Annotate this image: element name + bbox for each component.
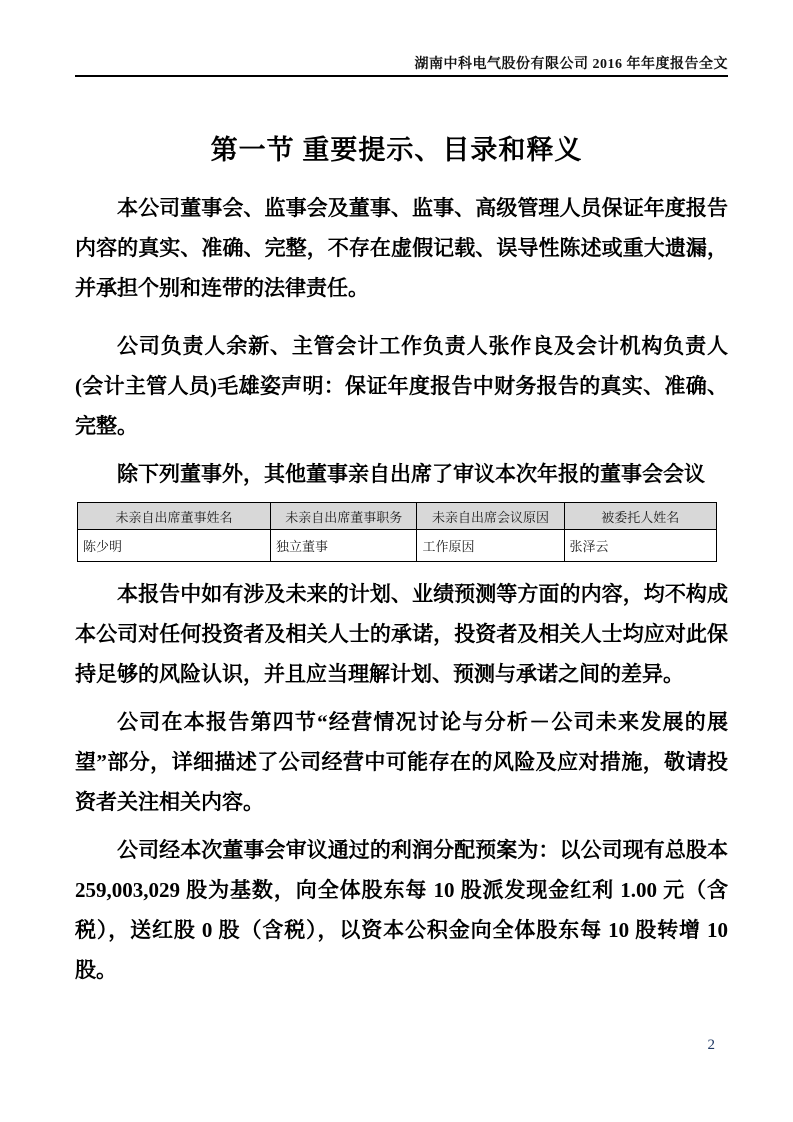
header-rule (75, 75, 728, 77)
table-header-proxy-name: 被委托人姓名 (564, 503, 717, 530)
page-number: 2 (75, 1037, 715, 1054)
running-header: 湖南中科电气股份有限公司 2016 年年度报告全文 (75, 53, 728, 73)
paragraph-forward-looking-risk: 本报告中如有涉及未来的计划、业绩预测等方面的内容，均不构成本公司对任何投资者及相… (75, 574, 728, 694)
absent-directors-table: 未亲自出席董事姓名 未亲自出席董事职务 未亲自出席会议原因 被委托人姓名 陈少明… (77, 502, 717, 562)
section-title: 第一节 重要提示、目录和释义 (0, 128, 793, 167)
table-header-absence-reason: 未亲自出席会议原因 (417, 503, 564, 530)
paragraph-profit-distribution-plan: 公司经本次董事会审议通过的利润分配预案为：以公司现有总股本 259,003,02… (75, 830, 728, 990)
table-row: 陈少明 独立董事 工作原因 张泽云 (78, 530, 717, 562)
report-page: 湖南中科电气股份有限公司 2016 年年度报告全文 第一节 重要提示、目录和释义… (0, 0, 793, 1122)
table-header-absent-director-title: 未亲自出席董事职务 (271, 503, 417, 530)
paragraph-responsibility-statement: 本公司董事会、监事会及董事、监事、高级管理人员保证年度报告内容的真实、准确、完整… (75, 188, 728, 308)
body-text-block: 本公司董事会、监事会及董事、监事、高级管理人员保证年度报告内容的真实、准确、完整… (75, 188, 728, 998)
cell-proxy-name: 张泽云 (564, 530, 717, 562)
cell-absent-director-title: 独立董事 (271, 530, 417, 562)
cell-absence-reason: 工作原因 (417, 530, 564, 562)
paragraph-risk-reference: 公司在本报告第四节“经营情况讨论与分析－公司未来发展的展望”部分，详细描述了公司… (75, 702, 728, 822)
table-header-absent-director-name: 未亲自出席董事姓名 (78, 503, 271, 530)
paragraph-attendance-intro: 除下列董事外，其他董事亲自出席了审议本次年报的董事会会议 (75, 454, 728, 494)
table-header-row: 未亲自出席董事姓名 未亲自出席董事职务 未亲自出席会议原因 被委托人姓名 (78, 503, 717, 530)
paragraph-officer-declaration: 公司负责人余新、主管会计工作负责人张作良及会计机构负责人(会计主管人员)毛雄姿声… (75, 326, 728, 446)
cell-absent-director-name: 陈少明 (78, 530, 271, 562)
